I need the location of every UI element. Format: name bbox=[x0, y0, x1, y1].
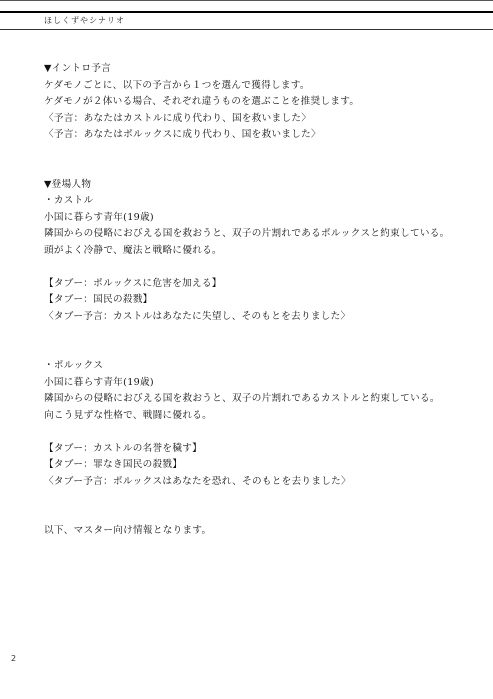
closing-note: 以下、マスター向け情報となります。 bbox=[44, 523, 484, 540]
intro-line: ケダモノが２体いる場合、それぞれ違うものを選ぶことを推奨します。 bbox=[44, 94, 484, 111]
page-number: 2 bbox=[11, 654, 16, 663]
taboo-prophecy: 〈タブー予言：ポルックスはあなたを恐れ、そのもとを去りました〉 bbox=[44, 474, 484, 491]
spacer bbox=[44, 325, 484, 358]
intro-line: ケダモノごとに、以下の予言から１つを選んで獲得します。 bbox=[44, 78, 484, 95]
spacer bbox=[44, 490, 484, 523]
intro-section: ▼イントロ予言 ケダモノごとに、以下の予言から１つを選んで獲得します。 ケダモノ… bbox=[44, 61, 484, 144]
spacer bbox=[44, 259, 484, 276]
character-name: ・カストル bbox=[44, 193, 484, 210]
spacer bbox=[44, 144, 484, 177]
taboo-line: 【タブー：カストルの名誉を穢す】 bbox=[44, 441, 484, 458]
character-profile-line: 隣国からの侵略におびえる国を救おうと、双子の片割れであるカストルと約束している。 bbox=[44, 391, 484, 408]
character-pollux: ・ポルックス 小国に暮らす青年(19歳) 隣国からの侵略におびえる国を救おうと、… bbox=[44, 358, 484, 490]
section-heading-characters: ▼登場人物 bbox=[44, 177, 484, 194]
prophecy-option: 〈予言：あなたはポルックスに成り代わり、国を救いました〉 bbox=[44, 127, 484, 144]
character-profile-line: 小国に暮らす青年(19歳) bbox=[44, 210, 484, 227]
character-castor: ・カストル 小国に暮らす青年(19歳) 隣国からの侵略におびえる国を救おうと、双… bbox=[44, 193, 484, 325]
header-rule-thick bbox=[0, 11, 493, 13]
characters-section: ▼登場人物 ・カストル 小国に暮らす青年(19歳) 隣国からの侵略におびえる国を… bbox=[44, 177, 484, 491]
taboo-line: 【タブー：国民の殺戮】 bbox=[44, 292, 484, 309]
taboo-line: 【タブー：罪なき国民の殺戮】 bbox=[44, 457, 484, 474]
header-rule-thin bbox=[0, 29, 493, 30]
spacer bbox=[44, 424, 484, 441]
page-body: ▼イントロ予言 ケダモノごとに、以下の予言から１つを選んで獲得します。 ケダモノ… bbox=[44, 61, 484, 540]
character-name: ・ポルックス bbox=[44, 358, 484, 375]
running-header-title: ほしくずやシナリオ bbox=[44, 15, 125, 27]
character-profile-line: 向こう見ずな性格で、戦闘に優れる。 bbox=[44, 408, 484, 425]
character-profile-line: 小国に暮らす青年(19歳) bbox=[44, 375, 484, 392]
character-profile-line: 隣国からの侵略におびえる国を救おうと、双子の片割れであるポルックスと約束している… bbox=[44, 226, 484, 243]
prophecy-option: 〈予言：あなたはカストルに成り代わり、国を救いました〉 bbox=[44, 111, 484, 128]
taboo-prophecy: 〈タブー予言：カストルはあなたに失望し、そのもとを去りました〉 bbox=[44, 309, 484, 326]
top-border bbox=[0, 0, 493, 1]
character-profile-line: 頭がよく冷静で、魔法と戦略に優れる。 bbox=[44, 243, 484, 260]
taboo-line: 【タブー：ポルックスに危害を加える】 bbox=[44, 276, 484, 293]
section-heading-intro: ▼イントロ予言 bbox=[44, 61, 484, 78]
